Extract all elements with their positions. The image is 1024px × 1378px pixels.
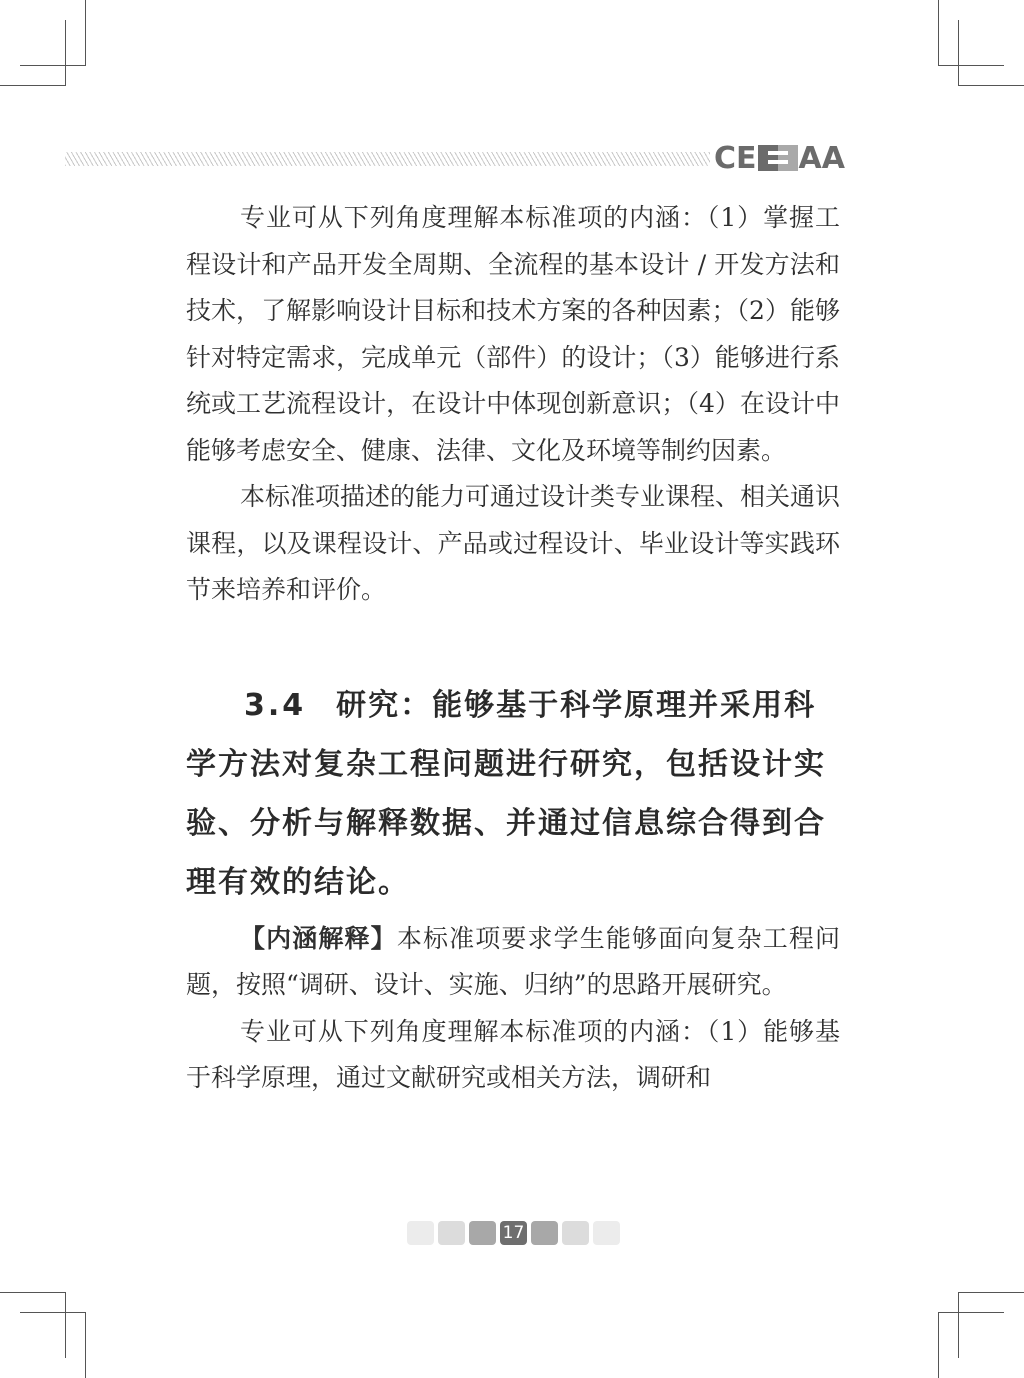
paragraph-design-connotation: 专业可从下列角度理解本标准项的内涵：（1）掌握工程设计和产品开发全周期、全流程的… [186, 195, 840, 474]
pager-decoration [407, 1221, 434, 1245]
section-heading: 3.4研究：能够基于科学原理并采用科学方法对复杂工程问题进行研究，包括设计实验、… [186, 676, 840, 912]
page-number: 17 [500, 1221, 527, 1245]
interpretation-label: 【内涵解释】 [240, 924, 397, 953]
pager-decoration [438, 1221, 465, 1245]
pager-decoration [593, 1221, 620, 1245]
logo-letter-e: E [736, 141, 757, 176]
paragraph-research-connotation: 专业可从下列角度理解本标准项的内涵：（1）能够基于科学原理，通过文献研究或相关方… [186, 1009, 840, 1102]
header-hatch-decoration [65, 152, 710, 166]
section-number: 3.4 [244, 688, 306, 723]
pager-decoration [562, 1221, 589, 1245]
ceeaa-logo: C E AA [714, 142, 845, 174]
page-number-indicator: 17 [407, 1221, 620, 1245]
logo-letter-c: C [714, 141, 736, 176]
paragraph-design-cultivation: 本标准项描述的能力可通过设计类专业课程、相关通识课程，以及课程设计、产品或过程设… [186, 474, 840, 614]
logo-mirrored-e-icon [758, 145, 798, 171]
logo-letters-aa: AA [799, 141, 845, 176]
paragraph-interpretation: 【内涵解释】本标准项要求学生能够面向复杂工程问题，按照“调研、设计、实施、归纳”… [186, 916, 840, 1009]
page-content: 专业可从下列角度理解本标准项的内涵：（1）掌握工程设计和产品开发全周期、全流程的… [186, 195, 840, 1102]
pager-decoration [531, 1221, 558, 1245]
pager-decoration [469, 1221, 496, 1245]
